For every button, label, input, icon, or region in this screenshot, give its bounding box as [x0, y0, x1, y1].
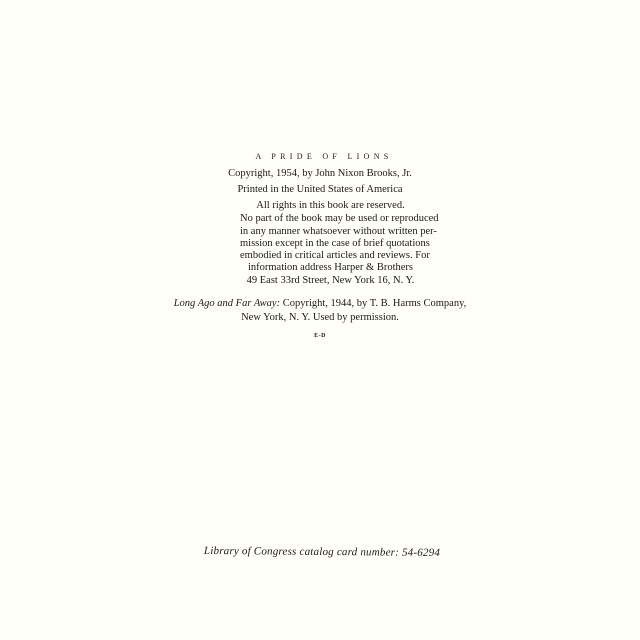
copyright-page: A PRIDE OF LIONS Copyright, 1954, by Joh…: [0, 0, 640, 640]
song-copyright: Copyright, 1944, by T. B. Harms Company,: [280, 298, 466, 309]
song-title: Long Ago and Far Away:: [174, 298, 280, 309]
rights-reserved-paragraph: All rights in this book are reserved. No…: [240, 200, 421, 287]
lccn-notice: Library of Congress catalog card number:…: [2, 543, 640, 561]
rights-line: No part of the book may be used or repro…: [240, 213, 421, 225]
song-permission-line-1: Long Ago and Far Away: Copyright, 1944, …: [0, 297, 640, 311]
rights-line: 49 East 33rd Street, New York 16, N. Y.: [240, 275, 421, 287]
copyright-notice: Copyright, 1954, by John Nixon Brooks, J…: [0, 167, 640, 181]
rights-line: in any manner whatsoever without written…: [240, 226, 421, 238]
song-permission-notice: Long Ago and Far Away: Copyright, 1944, …: [0, 297, 640, 324]
rights-line: mission except in the case of brief quot…: [240, 238, 421, 250]
rights-line: All rights in this book are reserved.: [240, 200, 421, 212]
printer-code: E-D: [0, 333, 640, 339]
rights-line: embodied in critical articles and review…: [240, 250, 421, 262]
printed-in-notice: Printed in the United States of America: [0, 183, 640, 197]
book-title: A PRIDE OF LIONS: [0, 152, 640, 162]
rights-line: information address Harper & Brothers: [240, 262, 421, 274]
song-permission-line-2: New York, N. Y. Used by permission.: [0, 311, 640, 325]
